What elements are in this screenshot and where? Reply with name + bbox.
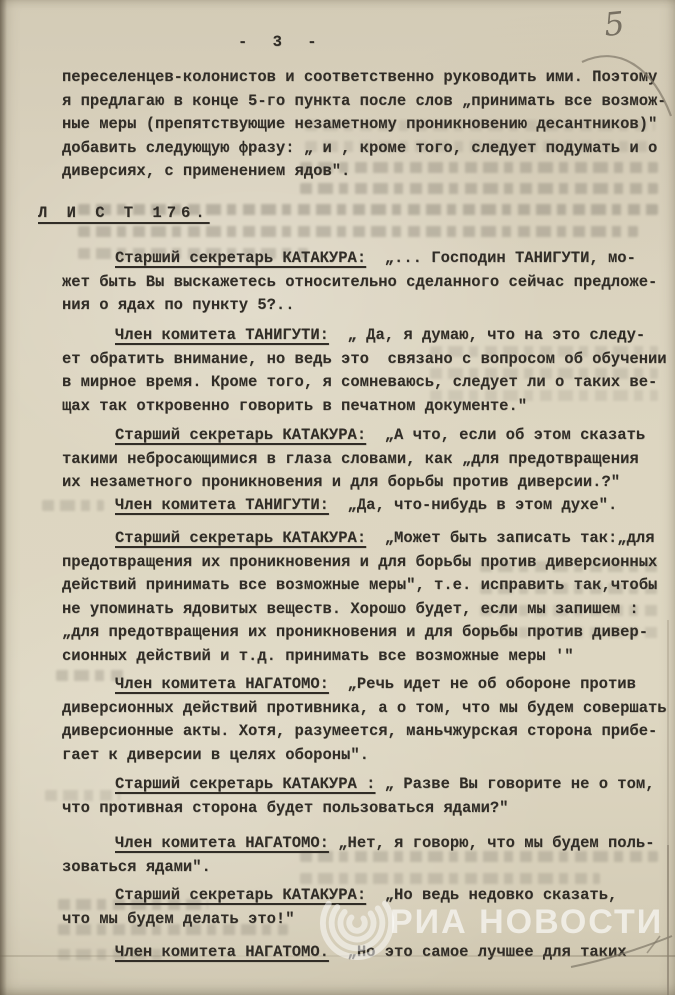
handwritten-page-number: 5	[602, 4, 626, 44]
paragraph: переселенцев-колонистов и соответственно…	[62, 66, 672, 184]
speaker-name: Член комитета НАГАТОМО:	[115, 675, 329, 693]
dialogue-paragraph: Старший секретарь КАТАКУРА: „... Господи…	[62, 247, 672, 318]
page-edge-line	[667, 620, 669, 845]
page-number: - 3 -	[238, 31, 325, 55]
dialogue-paragraph: Старший секретарь КАТАКУРА: „Может быть …	[62, 527, 672, 668]
paragraph-text: переселенцев-колонистов и соответственно…	[62, 68, 667, 180]
speaker-name: Старший секретарь КАТАКУРА:	[115, 426, 366, 444]
page-left-edge-shadow	[0, 0, 7, 995]
dialogue-paragraph: Член комитета НАГАТОМО: „Речь идет не об…	[62, 673, 672, 767]
paragraph-text: „Может быть записать так:„для предотвращ…	[62, 529, 657, 665]
speaker-name: Член комитета НАГАТОМО.	[115, 943, 329, 961]
speaker-name: Член комитета ТАНИГУТИ:	[115, 496, 329, 514]
ria-novosti-globe-icon	[318, 882, 396, 960]
speaker-name: Член комитета НАГАТОМО:	[115, 834, 329, 852]
watermark-text: РИА НОВОСТИ	[390, 903, 663, 942]
paragraph-text: „Да, что-нибудь в этом духе".	[329, 496, 617, 514]
speaker-name: Старший секретарь КАТАКУРА:	[115, 249, 366, 267]
speaker-name: Старший секретарь КАТАКУРА:	[115, 529, 366, 547]
bleed-through-text	[300, 183, 658, 194]
speaker-name: Член комитета ТАНИГУТИ:	[115, 326, 329, 344]
bleed-through-text	[78, 226, 638, 237]
dialogue-paragraph: Член комитета НАГАТОМО: „Нет, я говорю, …	[62, 832, 672, 879]
dialogue-paragraph: Старший секретарь КАТАКУРА: „А что, если…	[62, 424, 672, 495]
sheet-heading: Л И С Т 176.	[38, 202, 210, 226]
dialogue-paragraph: Член комитета ТАНИГУТИ: „Да, что-нибудь …	[62, 494, 672, 518]
dialogue-paragraph: Старший секретарь КАТАКУРА : „ Разве Вы …	[62, 773, 672, 820]
dialogue-paragraph: Член комитета ТАНИГУТИ: „ Да, я думаю, ч…	[62, 324, 672, 418]
ria-novosti-watermark: РИА НОВОСТИ	[318, 878, 675, 958]
speaker-name: Старший секретарь КАТАКУРА :	[115, 775, 375, 793]
